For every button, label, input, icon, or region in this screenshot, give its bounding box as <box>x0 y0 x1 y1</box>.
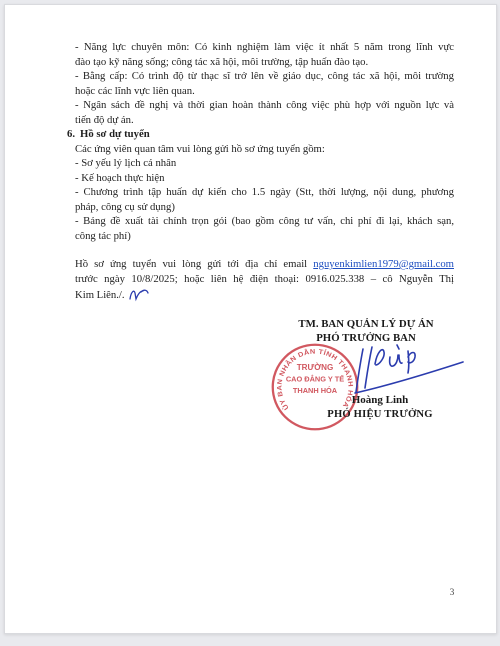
authority-line-1: TM. BAN QUẢN LÝ DỰ ÁN <box>277 317 455 331</box>
paragraph-line: pháp, công cụ sử dụng) <box>75 200 454 215</box>
signer-title: PHÓ HIỆU TRƯỞNG <box>291 408 469 422</box>
paragraph-line: - Kế hoạch thực hiện <box>75 171 454 186</box>
stamp-center-line-2: CAO ĐẲNG Y TẾ <box>286 374 344 384</box>
paragraph-line: đào tạo kỹ năng sống; công tác xã hội, m… <box>75 55 454 70</box>
paragraph-line: - Bằng cấp: Có trình độ từ thạc sĩ trở l… <box>75 69 454 84</box>
document-page: - Năng lực chuyên môn: Có kinh nghiệm là… <box>4 4 497 634</box>
paragraph-line: - Chương trình tập huấn dự kiến cho 1.5 … <box>75 185 454 200</box>
paragraph-line: - Bảng đề xuất tài chính trọn gói (bao g… <box>75 214 454 229</box>
stamp-center-line-1: TRƯỜNG <box>297 363 333 372</box>
paragraph-line: tiến độ dự án. <box>75 113 454 128</box>
page-number: 3 <box>442 588 462 598</box>
section-heading: 6.Hồ sơ dự tuyển <box>75 127 454 142</box>
paragraph-line: Kim Liên./. <box>75 286 454 301</box>
handwritten-initial-mark <box>128 286 150 302</box>
contact-text: Kim Liên./. <box>75 289 125 301</box>
paragraph-line: Hồ sơ ứng tuyển vui lòng gửi tới địa chỉ… <box>75 257 454 272</box>
paragraph-line: hoặc các lĩnh vực liên quan. <box>75 84 454 99</box>
signature-scribble <box>341 336 471 400</box>
paragraph-line: - Sơ yếu lý lịch cá nhân <box>75 156 454 171</box>
requirements-section: - Năng lực chuyên môn: Có kinh nghiệm là… <box>75 40 454 243</box>
paragraph-line: Các ứng viên quan tâm vui lòng gửi hồ sơ… <box>75 142 454 157</box>
signer-name: Hoàng Linh <box>291 394 469 408</box>
section-number: 6. <box>67 127 80 142</box>
signer-identity: Hoàng Linh PHÓ HIỆU TRƯỞNG <box>291 394 469 421</box>
section-title: Hồ sơ dự tuyển <box>80 128 150 140</box>
email-link[interactable]: nguyenkimlien1979@gmail.com <box>313 258 454 270</box>
paragraph-line: công tác phí) <box>75 229 454 244</box>
contact-section: Hồ sơ ứng tuyển vui lòng gửi tới địa chỉ… <box>75 257 454 301</box>
paragraph-line: - Ngân sách đề nghị và thời gian hoàn th… <box>75 98 454 113</box>
paragraph-line: trước ngày 10/8/2025; hoặc liên hệ điện … <box>75 272 454 287</box>
paragraph-line: - Năng lực chuyên môn: Có kinh nghiệm là… <box>75 40 454 55</box>
contact-text: Hồ sơ ứng tuyển vui lòng gửi tới địa chỉ… <box>75 258 307 270</box>
